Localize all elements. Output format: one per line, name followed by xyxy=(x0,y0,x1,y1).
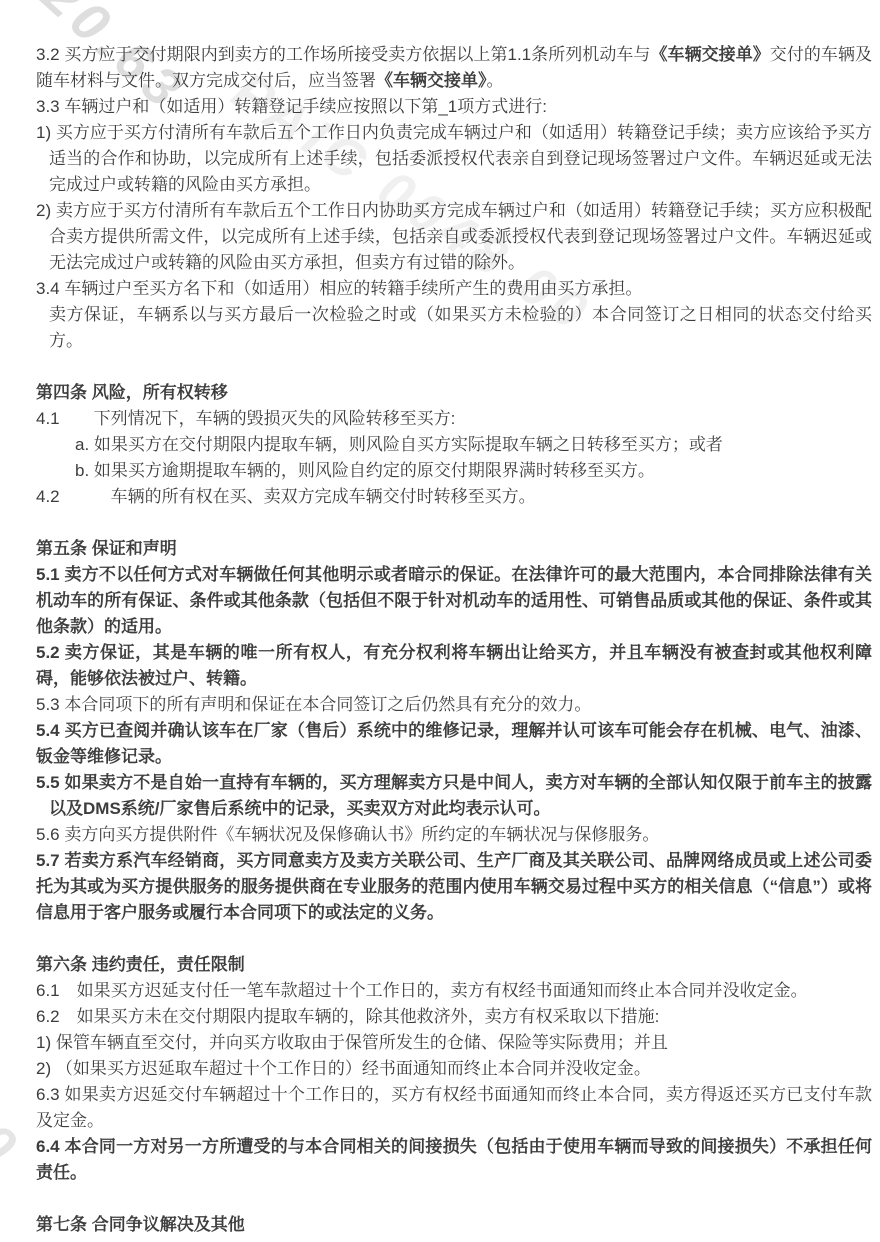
clause-5-7: 5.7 若卖方系汽车经销商，买方同意卖方及卖方关联公司、生产厂商及其关联公司、品… xyxy=(36,848,872,926)
clause-3-2-text-1: 3.2 买方应于交付期限内到卖方的工作场所接受卖方依据以上第1.1条所列机动车与 xyxy=(36,45,650,64)
contract-body: 3.2 买方应于交付期限内到卖方的工作场所接受卖方依据以上第1.1条所列机动车与… xyxy=(36,42,872,1238)
clause-5-6: 5.6 卖方向买方提供附件《车辆状况及保修确认书》所约定的车辆状况与保修服务。 xyxy=(36,822,872,848)
clause-4-2: 4.2 车辆的所有权在买、卖双方完成车辆交付时转移至买方。 xyxy=(36,484,872,510)
clause-3-2-bold-handover-doc-1: 《车辆交接单》 xyxy=(650,45,769,64)
clause-6-2: 6.2 如果买方未在交付期限内提取车辆的，除其他救济外，卖方有权采取以下措施: xyxy=(36,1004,872,1030)
clause-6-2-item-2: 2) （如果买方迟延取车超过十个工作日的）经书面通知而终止本合同并没收定金。 xyxy=(36,1056,872,1082)
clause-5-5: 5.5 如果卖方不是自始一直持有车辆的，买方理解卖方只是中间人，卖方对车辆的全部… xyxy=(36,770,872,822)
clause-4-1-item-a: a. 如果买方在交付期限内提取车辆，则风险自买方实际提取车辆之日转移至买方；或者 xyxy=(36,432,872,458)
clause-3-4-seller-warranty: 卖方保证，车辆系以与买方最后一次检验之时或（如果买方未检验的）本合同签订之日相同… xyxy=(36,302,872,354)
clause-5-2: 5.2 卖方保证，其是车辆的唯一所有权人，有充分权利将车辆出让给买方，并且车辆没… xyxy=(36,640,872,692)
clause-3-3: 3.3 车辆过户和（如适用）转籍登记手续应按照以下第_1项方式进行: xyxy=(36,94,872,120)
clause-6-3: 6.3 如果卖方迟延交付车辆超过十个工作日的，买方有权经书面通知而终止本合同，卖… xyxy=(36,1082,872,1134)
contract-document-page: 20.63 PAIC 0048 00 90 3.2 买方应于交付期限内到卖方的工… xyxy=(0,0,880,1242)
clause-3-3-item-2: 2) 卖方应于买方付清所有车款后五个工作日内协助买方完成车辆过户和（如适用）转籍… xyxy=(36,198,872,276)
clause-6-1: 6.1 如果买方迟延支付任一笔车款超过十个工作日的，卖方有权经书面通知而终止本合… xyxy=(36,978,872,1004)
clause-5-4: 5.4 买方已查阅并确认该车在厂家（售后）系统中的维修记录，理解并认可该车可能会… xyxy=(36,718,872,770)
clause-3-2: 3.2 买方应于交付期限内到卖方的工作场所接受卖方依据以上第1.1条所列机动车与… xyxy=(36,42,872,94)
article-6-heading: 第六条 违约责任，责任限制 xyxy=(36,952,872,978)
clause-6-2-item-1: 1) 保管车辆直至交付，并向买方收取由于保管所发生的仓储、保险等实际费用；并且 xyxy=(36,1030,872,1056)
clause-4-1-item-b: b. 如果买方逾期提取车辆的，则风险自约定的原交付期限界满时转移至买方。 xyxy=(36,458,872,484)
clause-3-2-bold-handover-doc-2: 《车辆交接单》 xyxy=(376,71,487,90)
clause-5-1: 5.1 卖方不以任何方式对车辆做任何其他明示或者暗示的保证。在法律许可的最大范围… xyxy=(36,562,872,640)
article-7-heading: 第七条 合同争议解决及其他 xyxy=(36,1212,872,1238)
article-5-heading: 第五条 保证和声明 xyxy=(36,536,872,562)
watermark-fragment-bottom-left: 90 xyxy=(0,1086,33,1182)
clause-5-3: 5.3 本合同项下的所有声明和保证在本合同签订之后仍然具有充分的效力。 xyxy=(36,692,872,718)
clause-6-4: 6.4 本合同一方对另一方所遭受的与本合同相关的间接损失（包括由于使用车辆而导致… xyxy=(36,1134,872,1186)
clause-3-2-text-3: 。 xyxy=(487,71,504,90)
clause-3-4: 3.4 车辆过户至买方名下和（如适用）相应的转籍手续所产生的费用由买方承担。 xyxy=(36,276,872,302)
article-4-heading: 第四条 风险，所有权转移 xyxy=(36,380,872,406)
clause-4-1: 4.1 下列情况下，车辆的毁损灭失的风险转移至买方: xyxy=(36,406,872,432)
clause-3-3-item-1: 1) 买方应于买方付清所有车款后五个工作日内负责完成车辆过户和（如适用）转籍登记… xyxy=(36,120,872,198)
